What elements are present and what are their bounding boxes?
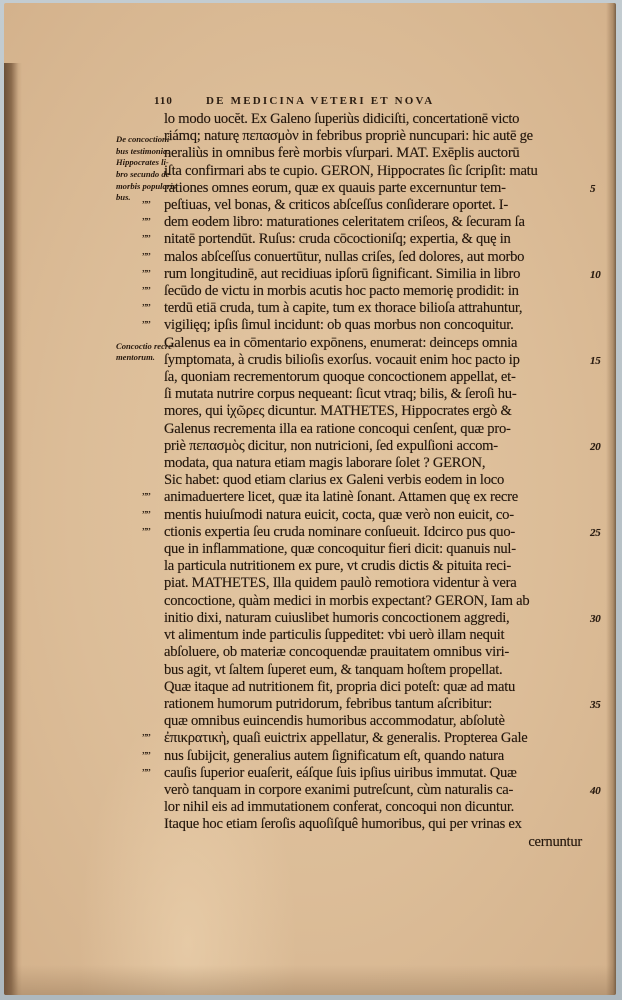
quotation-marker: ””	[142, 197, 150, 214]
line-text: la particula nutritionem ex pure, vt cru…	[164, 558, 511, 574]
book-page: 110 DE MEDICINA VETERI ET NOVA De concoc…	[4, 3, 616, 995]
text-line: ””malos abſceſſus conuertūtur, nullas cr…	[164, 249, 584, 266]
text-line: priè πεπασμὸς dicitur, non nutricioni, ſ…	[164, 438, 584, 455]
folio-number: 110	[154, 95, 173, 107]
line-number: 35	[590, 697, 601, 714]
quotation-marker: ””	[142, 730, 150, 747]
line-text: peſtiuas, vel bonas, & criticos abſceſſu…	[164, 197, 508, 213]
text-line: quæ omnibus euincendis humoribus accommo…	[164, 713, 584, 730]
quotation-marker: ””	[142, 748, 150, 765]
text-line: rationes omnes eorum, quæ ex quauis part…	[164, 180, 584, 197]
quotation-marker: ””	[142, 524, 150, 541]
line-text: priè πεπασμὸς dicitur, non nutricioni, ſ…	[164, 438, 498, 454]
quotation-marker: ””	[142, 489, 150, 506]
line-text: Galenus ea in cōmentario expōnens, enume…	[164, 335, 517, 351]
line-number: 10	[590, 267, 601, 284]
line-number: 20	[590, 439, 601, 456]
line-text: vt alimentum inde particulis ſuppeditet:…	[164, 627, 504, 643]
text-line: ””animaduertere licet, quæ ita latinè ſo…	[164, 489, 584, 506]
text-line: ſi mutata nutrire corpus nequeant: ſicut…	[164, 386, 584, 403]
text-line: ””dem eodem libro: maturationes celerita…	[164, 214, 584, 231]
line-text: ſymptomata, à crudis bilioſis exorſus. v…	[164, 352, 520, 368]
running-head: DE MEDICINA VETERI ET NOVA	[206, 95, 434, 107]
text-line: rationem humorum putridorum, febribus ta…	[164, 696, 584, 713]
line-text: Itaque hoc etiam ſeroſis aquoſiſquê humo…	[164, 816, 522, 832]
line-text: rum longitudinē, aut recidiuas ipſorū ſi…	[164, 266, 520, 282]
quotation-marker: ””	[142, 283, 150, 300]
text-line: modata, qua natura etiam magis laborare …	[164, 455, 584, 472]
body-text-block: lo modo uocĕt. Ex Galeno ſuperiùs didici…	[164, 111, 584, 851]
text-line: iſta confirmari abs te cupio. GERON, Hip…	[164, 163, 584, 180]
line-text: dem eodem libro: maturationes celeritate…	[164, 214, 525, 230]
quotation-marker: ””	[142, 300, 150, 317]
text-line: initio dixi, naturam cuiuslibet humoris …	[164, 610, 584, 627]
text-line: ””vigilięq; ipſis ſimul incidunt: ob qua…	[164, 317, 584, 334]
line-text: nitatē portendūt. Ruſus: cruda cōcoction…	[164, 231, 511, 247]
text-line: que in inflammatione, quæ concoquitur fi…	[164, 541, 584, 558]
text-line: Galenus recrementa illa ea ratione conco…	[164, 421, 584, 438]
text-line: ””nitatē portendūt. Ruſus: cruda cōcocti…	[164, 231, 584, 248]
page-header: 110 DE MEDICINA VETERI ET NOVA	[4, 95, 616, 111]
text-line: ””terdū etiā cruda, tum à capite, tum ex…	[164, 300, 584, 317]
text-line: Sic habet: quod etiam clarius ex Galeni …	[164, 472, 584, 489]
text-line: ””ſecūdo de victu in morbis acutis hoc p…	[164, 283, 584, 300]
line-text: que in inflammatione, quæ concoquitur fi…	[164, 541, 516, 557]
line-text: iſta confirmari abs te cupio. GERON, Hip…	[164, 163, 538, 179]
line-text: quæ omnibus euincendis humoribus accommo…	[164, 713, 505, 729]
text-line: ſymptomata, à crudis bilioſis exorſus. v…	[164, 352, 584, 369]
text-line: ””peſtiuas, vel bonas, & criticos abſceſ…	[164, 197, 584, 214]
fore-edge-shadow	[606, 3, 616, 995]
text-line: ””cauſis ſuperior euaſerit, eáſque ſuis …	[164, 765, 584, 782]
text-line: Galenus ea in cōmentario expōnens, enume…	[164, 335, 584, 352]
text-line: piat. MATHETES, Illa quidem paulò remoti…	[164, 575, 584, 592]
line-text: lo modo uocĕt. Ex Galeno ſuperiùs didici…	[164, 111, 519, 127]
line-text: neraliùs in omnibus ferè morbis vſurpari…	[164, 145, 519, 161]
text-line: Quæ itaque ad nutritionem fit, propria d…	[164, 679, 584, 696]
line-text: malos abſceſſus conuertūtur, nullas criſ…	[164, 249, 524, 265]
quotation-marker: ””	[142, 765, 150, 782]
quotation-marker: ””	[142, 266, 150, 283]
text-line: concoctione, quàm medici in morbis expec…	[164, 593, 584, 610]
line-text: animaduertere licet, quæ ita latinè ſona…	[164, 489, 518, 505]
line-text: vigilięq; ipſis ſimul incidunt: ob quas …	[164, 317, 513, 333]
line-number: 15	[590, 353, 601, 370]
text-line: vt alimentum inde particulis ſuppeditet:…	[164, 627, 584, 644]
text-line: lor nihil eis ad immutationem conferat, …	[164, 799, 584, 816]
text-line: abſoluere, ob materiæ concoquendæ prauit…	[164, 644, 584, 661]
line-number: 25	[590, 525, 601, 542]
line-text: piat. MATHETES, Illa quidem paulò remoti…	[164, 575, 516, 591]
text-line: lo modo uocĕt. Ex Galeno ſuperiùs didici…	[164, 111, 584, 128]
line-text: Sic habet: quod etiam clarius ex Galeni …	[164, 472, 504, 488]
line-text: ἐπικρατικὴ, quaſi euictrix appellatur, &…	[164, 730, 527, 746]
line-number: 40	[590, 783, 601, 800]
text-line: la particula nutritionem ex pure, vt cru…	[164, 558, 584, 575]
line-text: Quæ itaque ad nutritionem fit, propria d…	[164, 679, 515, 695]
catchword: cernuntur	[164, 834, 582, 851]
text-line: neraliùs in omnibus ferè morbis vſurpari…	[164, 145, 584, 162]
line-text: abſoluere, ob materiæ concoquendæ prauit…	[164, 644, 509, 660]
text-line: mores, qui ἰχῶρες dicuntur. MATHETES, Hi…	[164, 403, 584, 420]
gutter-shadow	[4, 63, 22, 995]
quotation-marker: ””	[142, 214, 150, 231]
line-text: modata, qua natura etiam magis laborare …	[164, 455, 485, 471]
text-line: Itaque hoc etiam ſeroſis aquoſiſquê humo…	[164, 816, 584, 833]
text-line: ””mentis huiuſmodi natura euicit, cocta,…	[164, 507, 584, 524]
line-text: concoctione, quàm medici in morbis expec…	[164, 593, 529, 609]
quotation-marker: ””	[142, 231, 150, 248]
text-line: ””ctionis expertia ſeu cruda nominare co…	[164, 524, 584, 541]
line-text: bus agit, vt ſaltem ſuperet eum, & tanqu…	[164, 662, 502, 678]
text-line: ””rum longitudinē, aut recidiuas ipſorū …	[164, 266, 584, 283]
line-text: rationem humorum putridorum, febribus ta…	[164, 696, 492, 712]
line-text: mores, qui ἰχῶρες dicuntur. MATHETES, Hi…	[164, 403, 512, 419]
line-number: 5	[590, 181, 595, 198]
line-text: ſi mutata nutrire corpus nequeant: ſicut…	[164, 386, 516, 402]
line-text: ſa, quoniam recrementorum quoque concoct…	[164, 369, 516, 385]
line-text: cauſis ſuperior euaſerit, eáſque ſuis ip…	[164, 765, 517, 781]
line-text: Galenus recrementa illa ea ratione conco…	[164, 421, 511, 437]
line-text: rationes omnes eorum, quæ ex quauis part…	[164, 180, 506, 196]
quotation-marker: ””	[142, 507, 150, 524]
text-line: ””nus ſubijcit, generalius autem ſignifi…	[164, 748, 584, 765]
quotation-marker: ””	[142, 317, 150, 334]
line-text: ctionis expertia ſeu cruda nominare conſ…	[164, 524, 515, 540]
line-text: ſecūdo de victu in morbis acutis hoc pac…	[164, 283, 519, 299]
line-number: 30	[590, 611, 601, 628]
line-text: verò tanquam in corpore exanimi putreſcu…	[164, 782, 513, 798]
text-line: riámq; naturę πεπασμὸν in febribus propr…	[164, 128, 584, 145]
line-text: riámq; naturę πεπασμὸν in febribus propr…	[164, 128, 533, 144]
text-line: bus agit, vt ſaltem ſuperet eum, & tanqu…	[164, 662, 584, 679]
line-text: initio dixi, naturam cuiuslibet humoris …	[164, 610, 509, 626]
text-line: ſa, quoniam recrementorum quoque concoct…	[164, 369, 584, 386]
line-text: mentis huiuſmodi natura euicit, cocta, q…	[164, 507, 514, 523]
line-text: terdū etiā cruda, tum à capite, tum ex t…	[164, 300, 522, 316]
line-text: nus ſubijcit, generalius autem ſignifica…	[164, 748, 504, 764]
scan-backdrop: 110 DE MEDICINA VETERI ET NOVA De concoc…	[0, 0, 622, 1000]
text-line: verò tanquam in corpore exanimi putreſcu…	[164, 782, 584, 799]
line-text: lor nihil eis ad immutationem conferat, …	[164, 799, 514, 815]
text-line: ””ἐπικρατικὴ, quaſi euictrix appellatur,…	[164, 730, 584, 747]
bottom-edge-shadow	[4, 965, 616, 995]
quotation-marker: ””	[142, 249, 150, 266]
